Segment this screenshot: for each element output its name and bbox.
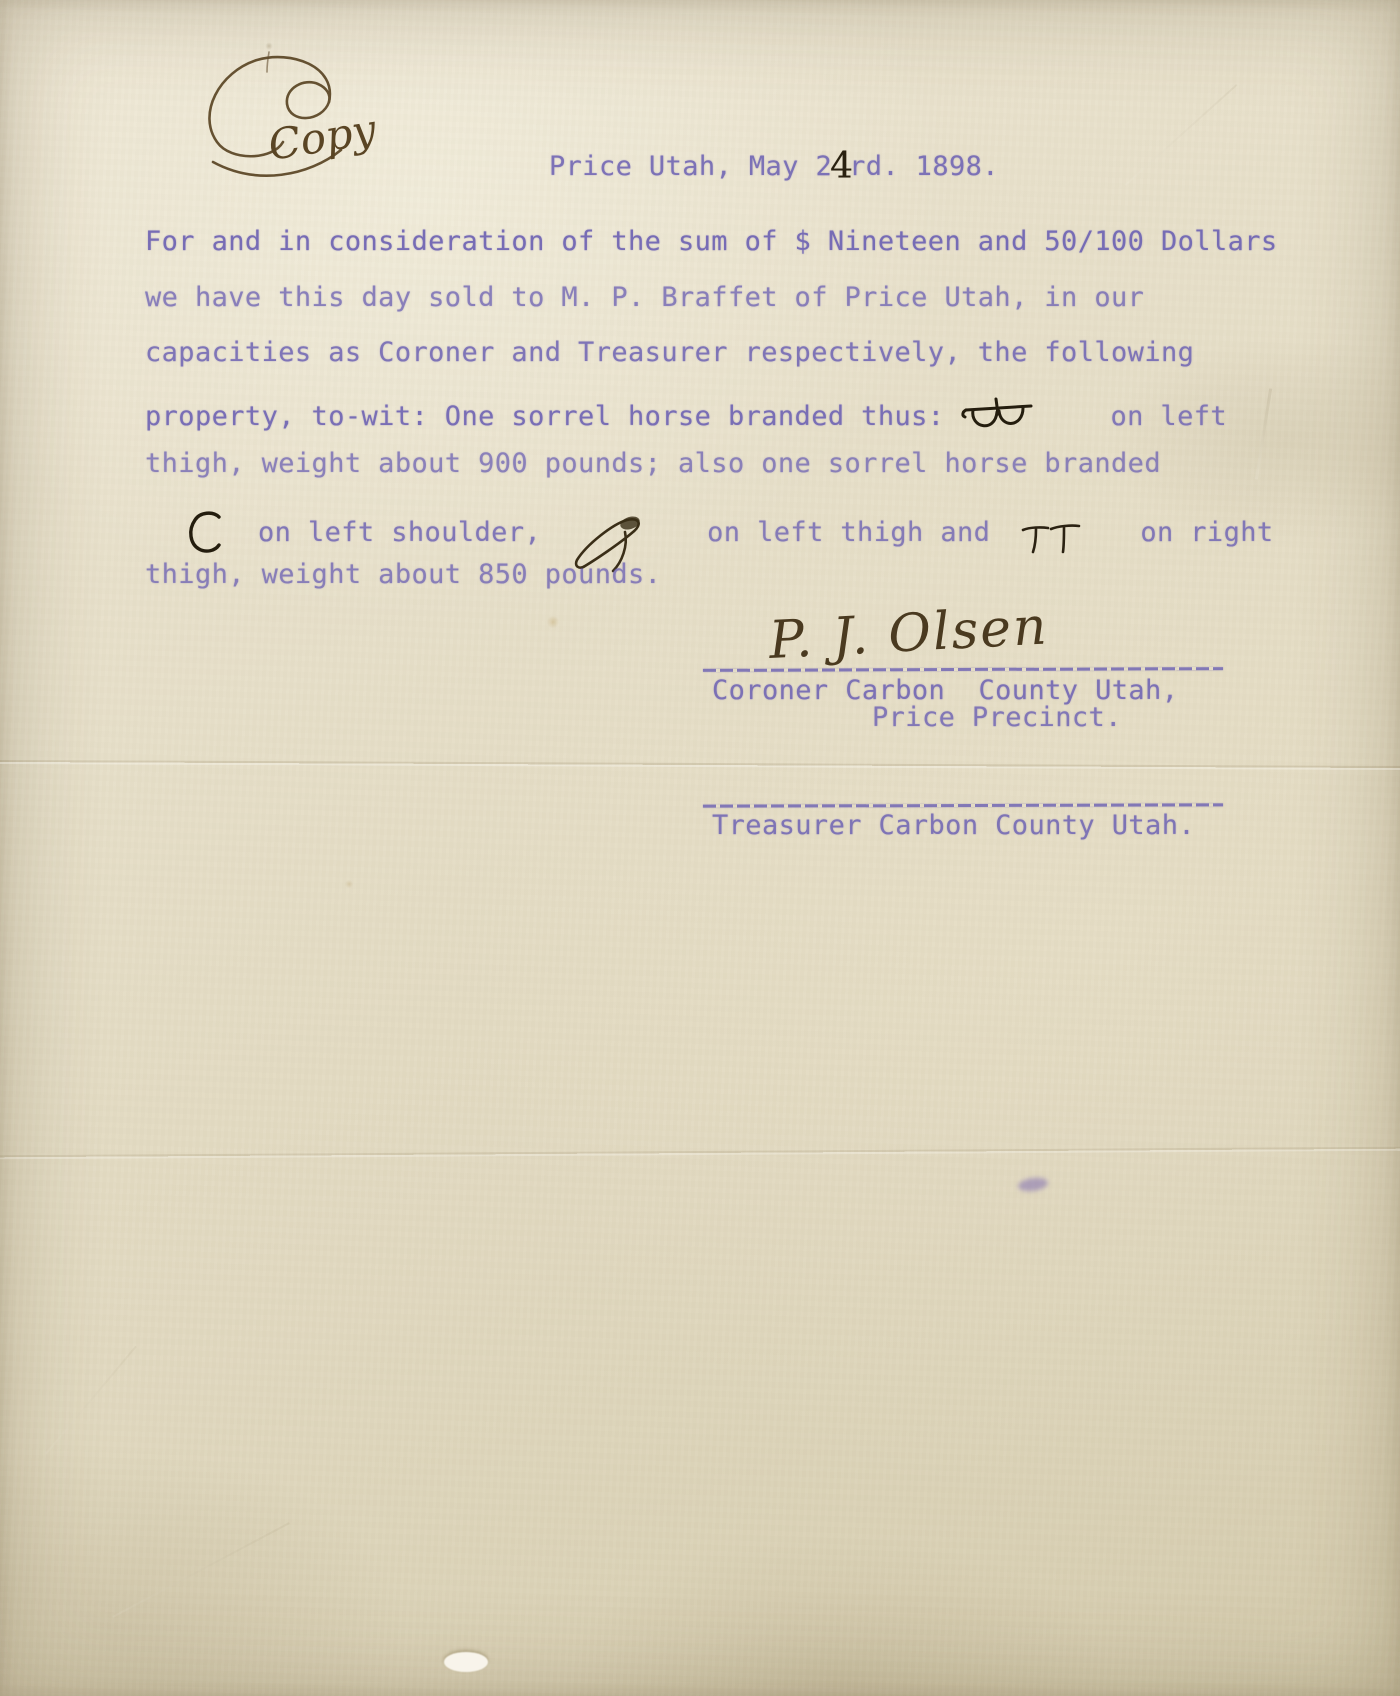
horizontal-fold-line-lower <box>0 1147 1400 1160</box>
horizontal-fold-line-upper <box>0 760 1400 770</box>
brand-c-icon <box>185 509 225 555</box>
body-line-2: we have this day sold to M. P. Braffet o… <box>145 284 1144 311</box>
body-line-6-seg-3: on right <box>1140 519 1273 546</box>
dateline-typed-prefix: Price Utah, May 2 <box>549 153 832 180</box>
body-line-1: For and in consideration of the sum of $… <box>145 228 1278 255</box>
bottom-left-crease <box>112 1522 290 1618</box>
brand-bar-over-loops-icon <box>960 395 1038 443</box>
body-line-6-seg-1: on left shoulder, <box>258 519 541 546</box>
body-line-7: thigh, weight about 850 pounds. <box>145 561 661 588</box>
body-line-4-text: property, to-wit: One sorrel horse brand… <box>145 403 944 430</box>
brand-tt-icon <box>1020 519 1082 559</box>
body-line-4-after-brand: on left <box>1110 403 1227 430</box>
purple-ink-smudge <box>1017 1176 1049 1193</box>
right-edge-crease <box>1255 388 1272 479</box>
body-line-3: capacities as Coroner and Treasurer resp… <box>145 339 1194 366</box>
paper-chip-bottom-edge <box>444 1652 488 1672</box>
treasurer-title: Treasurer Carbon County Utah. <box>712 812 1195 839</box>
treasurer-signature-line <box>703 803 1223 807</box>
bottom-left-crease-2 <box>45 1346 137 1455</box>
coroner-title-line-2: Price Precinct. <box>872 704 1122 731</box>
dateline: Price Utah, May 2 4 rd. 1898. <box>549 146 999 182</box>
body-line-6-seg-2: on left thigh and <box>707 519 990 546</box>
coroner-title-line-1: Coroner Carbon County Utah, <box>712 677 1178 704</box>
top-right-crease <box>1125 84 1238 186</box>
body-line-6: on left shoulder, on left thigh and on r… <box>145 500 1274 564</box>
body-line-4: property, to-wit: One sorrel horse brand… <box>145 392 1227 440</box>
dateline-typed-suffix: rd. 1898. <box>849 153 999 180</box>
coroner-signature-text: P. J. Olsen <box>767 596 1050 671</box>
body-line-5: thigh, weight about 900 pounds; also one… <box>145 450 1161 477</box>
handwritten-copy-annotation: Copy <box>185 40 375 195</box>
scanned-letter-paper: Copy Price Utah, May 2 4 rd. 1898. For a… <box>0 0 1400 1696</box>
copy-annotation-text: Copy <box>265 104 375 169</box>
